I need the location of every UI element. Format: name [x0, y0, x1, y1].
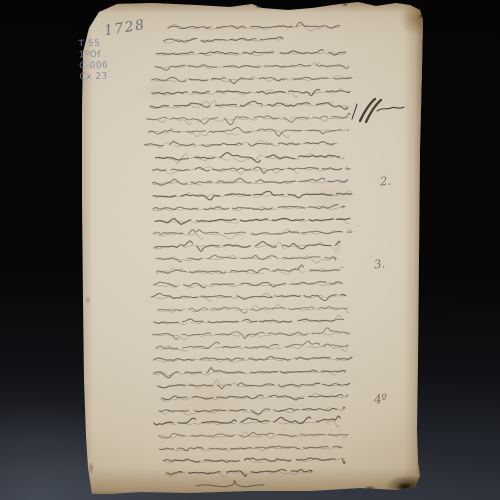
handwriting-text: [0, 0, 500, 500]
handwriting-line: [150, 101, 348, 109]
handwriting-bleedthrough: [151, 293, 346, 300]
margin-flourish-stroke: [366, 100, 381, 122]
handwriting-bleedthrough: [155, 64, 349, 70]
photo-scene: 1728 T 55 1ºOf C-006 Cx 23 2. 3. 4º: [0, 0, 500, 500]
handwriting-line: [156, 346, 347, 352]
handwriting-line: [156, 341, 348, 349]
handwriting-line: [155, 64, 349, 70]
handwriting-line: [158, 380, 349, 388]
handwriting-line: [157, 62, 349, 68]
handwriting-line: [152, 77, 353, 83]
handwriting-line: [157, 265, 340, 273]
handwriting-line: [154, 242, 339, 251]
handwriting-bleedthrough: [168, 22, 340, 28]
handwriting-line: [153, 191, 352, 200]
handwriting-line: [155, 191, 351, 198]
handwriting-line: [152, 371, 344, 376]
handwriting-line: [158, 305, 350, 313]
handwriting-bleedthrough: [154, 368, 345, 378]
handwriting-line: [168, 22, 340, 28]
handwriting-line: [155, 241, 340, 251]
handwriting-line: [154, 357, 352, 361]
handwriting-line: [160, 408, 344, 416]
handwriting-line: [160, 393, 347, 401]
handwriting-bleedthrough: [158, 306, 347, 313]
handwriting-line: [156, 50, 346, 55]
handwriting-bleedthrough: [157, 265, 340, 273]
handwriting-line: [158, 306, 347, 313]
handwriting-bleedthrough: [155, 241, 340, 251]
handwriting-line: [154, 368, 345, 378]
handwriting-line: [159, 256, 335, 263]
handwriting-line: [164, 471, 311, 477]
handwriting-line: [153, 178, 348, 185]
margin-mark-4: 4º: [373, 391, 388, 406]
margin-mark-2: 2.: [379, 173, 391, 188]
handwriting-line: [149, 127, 348, 136]
margin-flourish-stroke: [377, 107, 404, 111]
margin-mark-3: 3.: [373, 256, 385, 271]
margin-flourish-stroke: [352, 104, 357, 119]
handwriting-line: [153, 230, 352, 235]
handwriting-line: [163, 38, 282, 43]
underline-flourish: [196, 481, 264, 487]
handwriting-line: [166, 24, 339, 30]
handwriting-line: [156, 255, 336, 262]
handwriting-line: [158, 421, 339, 427]
handwriting-line: [146, 140, 337, 148]
